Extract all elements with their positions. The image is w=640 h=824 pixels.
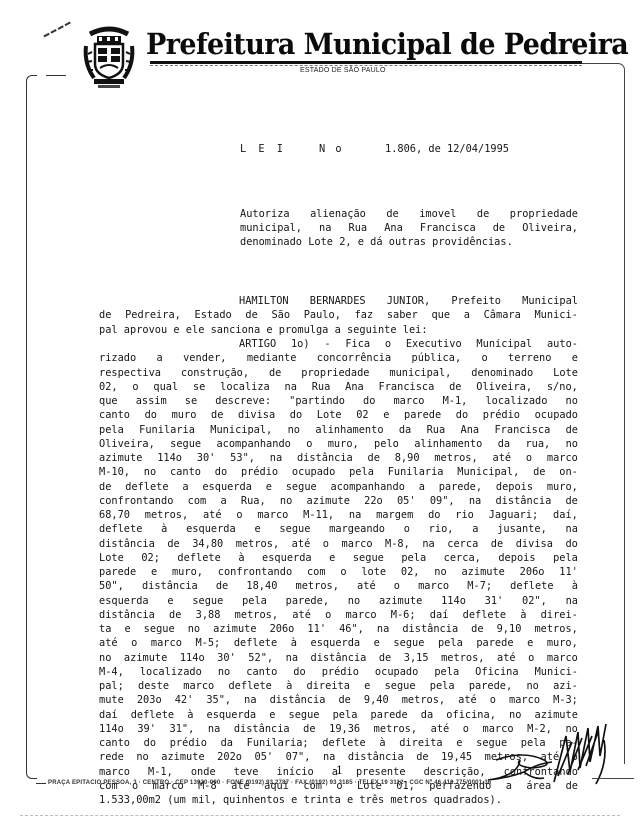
ementa: Autoriza alienação de imovel de propried… — [240, 207, 578, 249]
text-line: 68,70metros,atéomarcoM-11,namargemdorioJ… — [99, 508, 578, 522]
text-line: 1.533,00m2 (um mil, quinhentos e trinta … — [99, 793, 578, 807]
text-line: cantodoprédiodaFunilaria;defleteàdireita… — [99, 736, 578, 750]
text-line: respectivaconstrução,depropriedademunici… — [99, 366, 578, 380]
article-1-paragraph: ARTIGO1o)-FicaoExecutivoMunicipalauto-ri… — [99, 337, 578, 807]
law-type: L E I — [240, 143, 286, 155]
page-frame-left — [26, 75, 37, 779]
footer-rule-right — [592, 778, 634, 779]
text-line: Oliveira,segueacompanhandoomuro,peloalin… — [99, 437, 578, 451]
preamble-paragraph: HAMILTONBERNARDESJUNIOR,PrefeitoMunicipa… — [99, 294, 578, 337]
footer-dash — [36, 783, 46, 784]
document-page: Prefeitura Municipal de Pedreira ESTADO … — [0, 0, 640, 824]
law-number-date: 1.806, de 12/04/1995 — [385, 143, 509, 155]
text-line: daídefleteàesquerdaeseguepelaparededaofi… — [99, 708, 578, 722]
text-line: atéomarcoM-5;defleteàesquerdaeseguepelap… — [99, 636, 578, 650]
text-line: confrontandocomaRua,noazimute22o05'09",n… — [99, 494, 578, 508]
ementa-line: denominado Lote 2, e dá outras providênc… — [240, 235, 578, 249]
text-line: pelaFunilariaMunicipal,noalinhamentodaRu… — [99, 423, 578, 437]
text-line: rizadoavender,medianteconcorrênciapúblic… — [99, 351, 578, 365]
text-line: pal;destemarcodefleteàdireitaeseguepelap… — [99, 679, 578, 693]
text-line: esquerdaeseguepelaparede,noazimute114o31… — [99, 594, 578, 608]
text-line: HAMILTONBERNARDESJUNIOR,PrefeitoMunicipa… — [99, 294, 578, 308]
text-line: dedefleteaesquerdaesegueacompanhandoapar… — [99, 480, 578, 494]
text-line: noazimute114o30'52",nadistânciade3,15met… — [99, 651, 578, 665]
scan-mark — [43, 22, 74, 45]
text-line: cantodomurodedivisadoLote02eparededopréd… — [99, 408, 578, 422]
text-line: mute203o42'35",nadistânciade9,40metros,a… — [99, 693, 578, 707]
text-line: 114o39'31",nadistânciade19,36metros,atéo… — [99, 722, 578, 736]
footer-address: PRAÇA EPITACIO PESSOA, 3 · CENTRO · CEP … — [48, 780, 491, 786]
text-line: paredeemuro,confrontandocomolote02,noazi… — [99, 565, 578, 579]
text-line: azimute114o30'53",nadistânciade8,90metro… — [99, 451, 578, 465]
text-line: defleteàesquerdaeseguemargeandoorio,ajus… — [99, 522, 578, 536]
page-frame-top-left — [46, 75, 66, 76]
ementa-line: Autoriza alienação de imovel de propried… — [240, 207, 578, 221]
scan-artifact-dashes — [20, 815, 620, 816]
title-underline — [150, 61, 582, 64]
text-line: M-10,nocantodoprédioocupadopelaFunilaria… — [99, 465, 578, 479]
law-number-label: N o — [319, 143, 344, 155]
text-line: pal aprovou e ele sanciona e promulga a … — [99, 323, 578, 337]
page-number: 1 — [336, 764, 343, 777]
text-line: 50",distânciade18,40metros,atéomarcoM-7;… — [99, 579, 578, 593]
text-line: dePedreira,EstadodeSãoPaulo,fazsaberquea… — [99, 308, 578, 322]
text-line: M-4,localizadonocantodoprédioocupadopela… — [99, 665, 578, 679]
text-line: queassimsedescreve:"partindodomarcoM-1,l… — [99, 394, 578, 408]
coat-of-arms-icon — [82, 24, 136, 90]
organization-title: Prefeitura Municipal de Pedreira — [146, 27, 628, 61]
text-line: 02,oqualselocalizanaRuaAnaFranciscadeOli… — [99, 380, 578, 394]
text-line: distânciade34,80metros,atéomarcoM-8,nace… — [99, 537, 578, 551]
text-line: distânciade3,88metros,atéomarcoM-6;daíde… — [99, 608, 578, 622]
state-subtitle: ESTADO DE SÃO PAULO — [300, 67, 386, 74]
ementa-line: municipal, na Rua Ana Francisca de Olive… — [240, 221, 578, 235]
page-frame-right — [582, 63, 625, 764]
text-line: taeseguenoazimute206o11'46",nadistânciad… — [99, 622, 578, 636]
text-line: Lote02;defleteàesquerdaeseguepelacerca,d… — [99, 551, 578, 565]
text-line: ARTIGO1o)-FicaoExecutivoMunicipalauto- — [99, 337, 578, 351]
